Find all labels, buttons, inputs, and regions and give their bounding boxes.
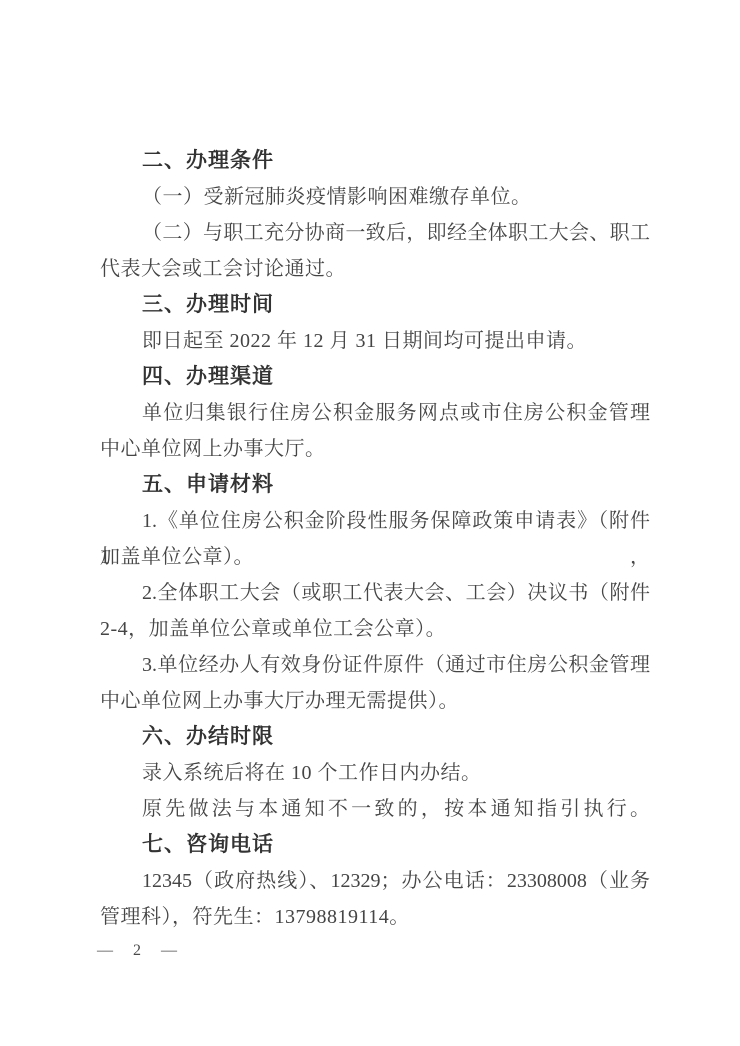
paragraph-line: 单位归集银行住房公积金服务网点或市住房公积金管理 bbox=[100, 395, 650, 431]
list-item-line: 3.单位经办人有效身份证件原件（通过市住房公积金管理 bbox=[100, 647, 650, 683]
paragraph-line: （二）与职工充分协商一致后，即经全体职工大会、职工 bbox=[100, 215, 650, 251]
paragraph-line: 中心单位网上办事大厅。 bbox=[100, 431, 650, 467]
paragraph-line: 录入系统后将在 10 个工作日内办结。 bbox=[100, 755, 650, 791]
page-number: — 2 — bbox=[97, 938, 179, 964]
list-item-line: 1.《单位住房公积金阶段性服务保障政策申请表》（附件 1， bbox=[100, 503, 650, 539]
paragraph-line: （一）受新冠肺炎疫情影响困难缴存单位。 bbox=[100, 179, 650, 215]
section-7-heading: 七、咨询电话 bbox=[100, 827, 650, 863]
paragraph-line: 12345（政府热线）、12329；办公电话：23308008（业务 bbox=[100, 863, 650, 899]
section-2-heading: 二、办理条件 bbox=[100, 143, 650, 179]
scanned-notice-page: 二、办理条件 （一）受新冠肺炎疫情影响困难缴存单位。 （二）与职工充分协商一致后… bbox=[0, 0, 740, 1046]
paragraph-line: 管理科），符先生：13798819114。 bbox=[100, 899, 650, 935]
paragraph-line: 代表大会或工会讨论通过。 bbox=[100, 251, 650, 287]
section-5-heading: 五、申请材料 bbox=[100, 467, 650, 503]
paragraph-line: 原先做法与本通知不一致的，按本通知指引执行。 bbox=[100, 791, 650, 827]
paragraph-line: 即日起至 2022 年 12 月 31 日期间均可提出申请。 bbox=[100, 323, 650, 359]
section-4-heading: 四、办理渠道 bbox=[100, 359, 650, 395]
notice-body: 二、办理条件 （一）受新冠肺炎疫情影响困难缴存单位。 （二）与职工充分协商一致后… bbox=[100, 143, 650, 935]
section-3-heading: 三、办理时间 bbox=[100, 287, 650, 323]
list-item-line: 2.全体职工大会（或职工代表大会、工会）决议书（附件 bbox=[100, 575, 650, 611]
list-item-line: 2-4，加盖单位公章或单位工会公章）。 bbox=[100, 611, 650, 647]
list-item-line: 中心单位网上办事大厅办理无需提供）。 bbox=[100, 683, 650, 719]
section-6-heading: 六、办结时限 bbox=[100, 719, 650, 755]
